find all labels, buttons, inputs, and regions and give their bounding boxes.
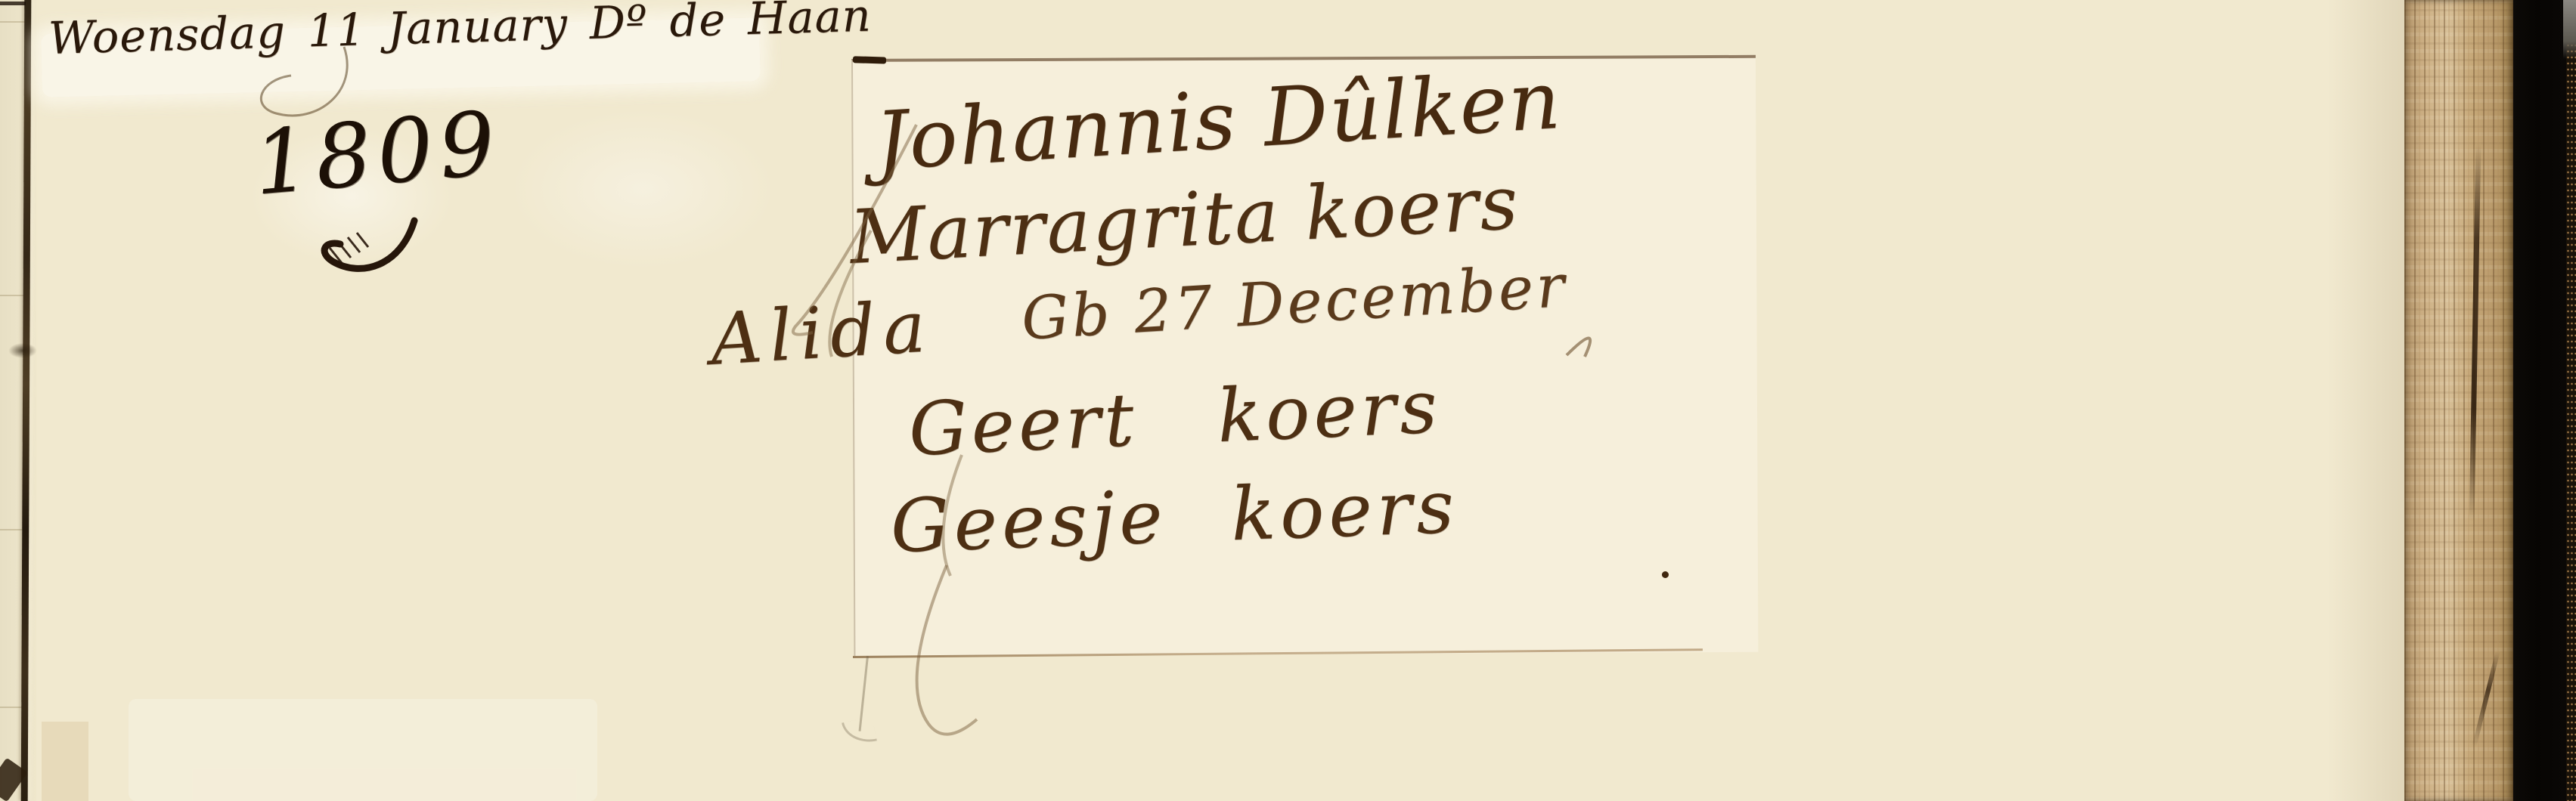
pencil-rule-hook: [842, 716, 877, 747]
register-page-scan: Woensdag 11 January Dº de Haan 1809 Joha…: [0, 0, 2576, 801]
page-edge-shadow: [2327, 0, 2404, 801]
book-page-block-edge: [2404, 0, 2513, 801]
edge-ink-dash: [0, 2, 26, 5]
entry-line-3-name: Alida: [708, 286, 935, 382]
lightened-paper-patch: [469, 83, 817, 295]
ink-smudge: [3, 340, 42, 361]
margin-year: 1809: [250, 92, 505, 215]
scan-background-gutter: [2513, 0, 2566, 801]
previous-page-edge: [0, 0, 36, 801]
ink-dot: [1662, 571, 1669, 578]
book-cover-edge: [2566, 0, 2576, 801]
paper-chain-line: [0, 21, 27, 23]
cover-edge-highlight: [2563, 0, 2576, 59]
paper-stain: [42, 722, 88, 801]
lightened-paper-patch: [129, 699, 597, 801]
